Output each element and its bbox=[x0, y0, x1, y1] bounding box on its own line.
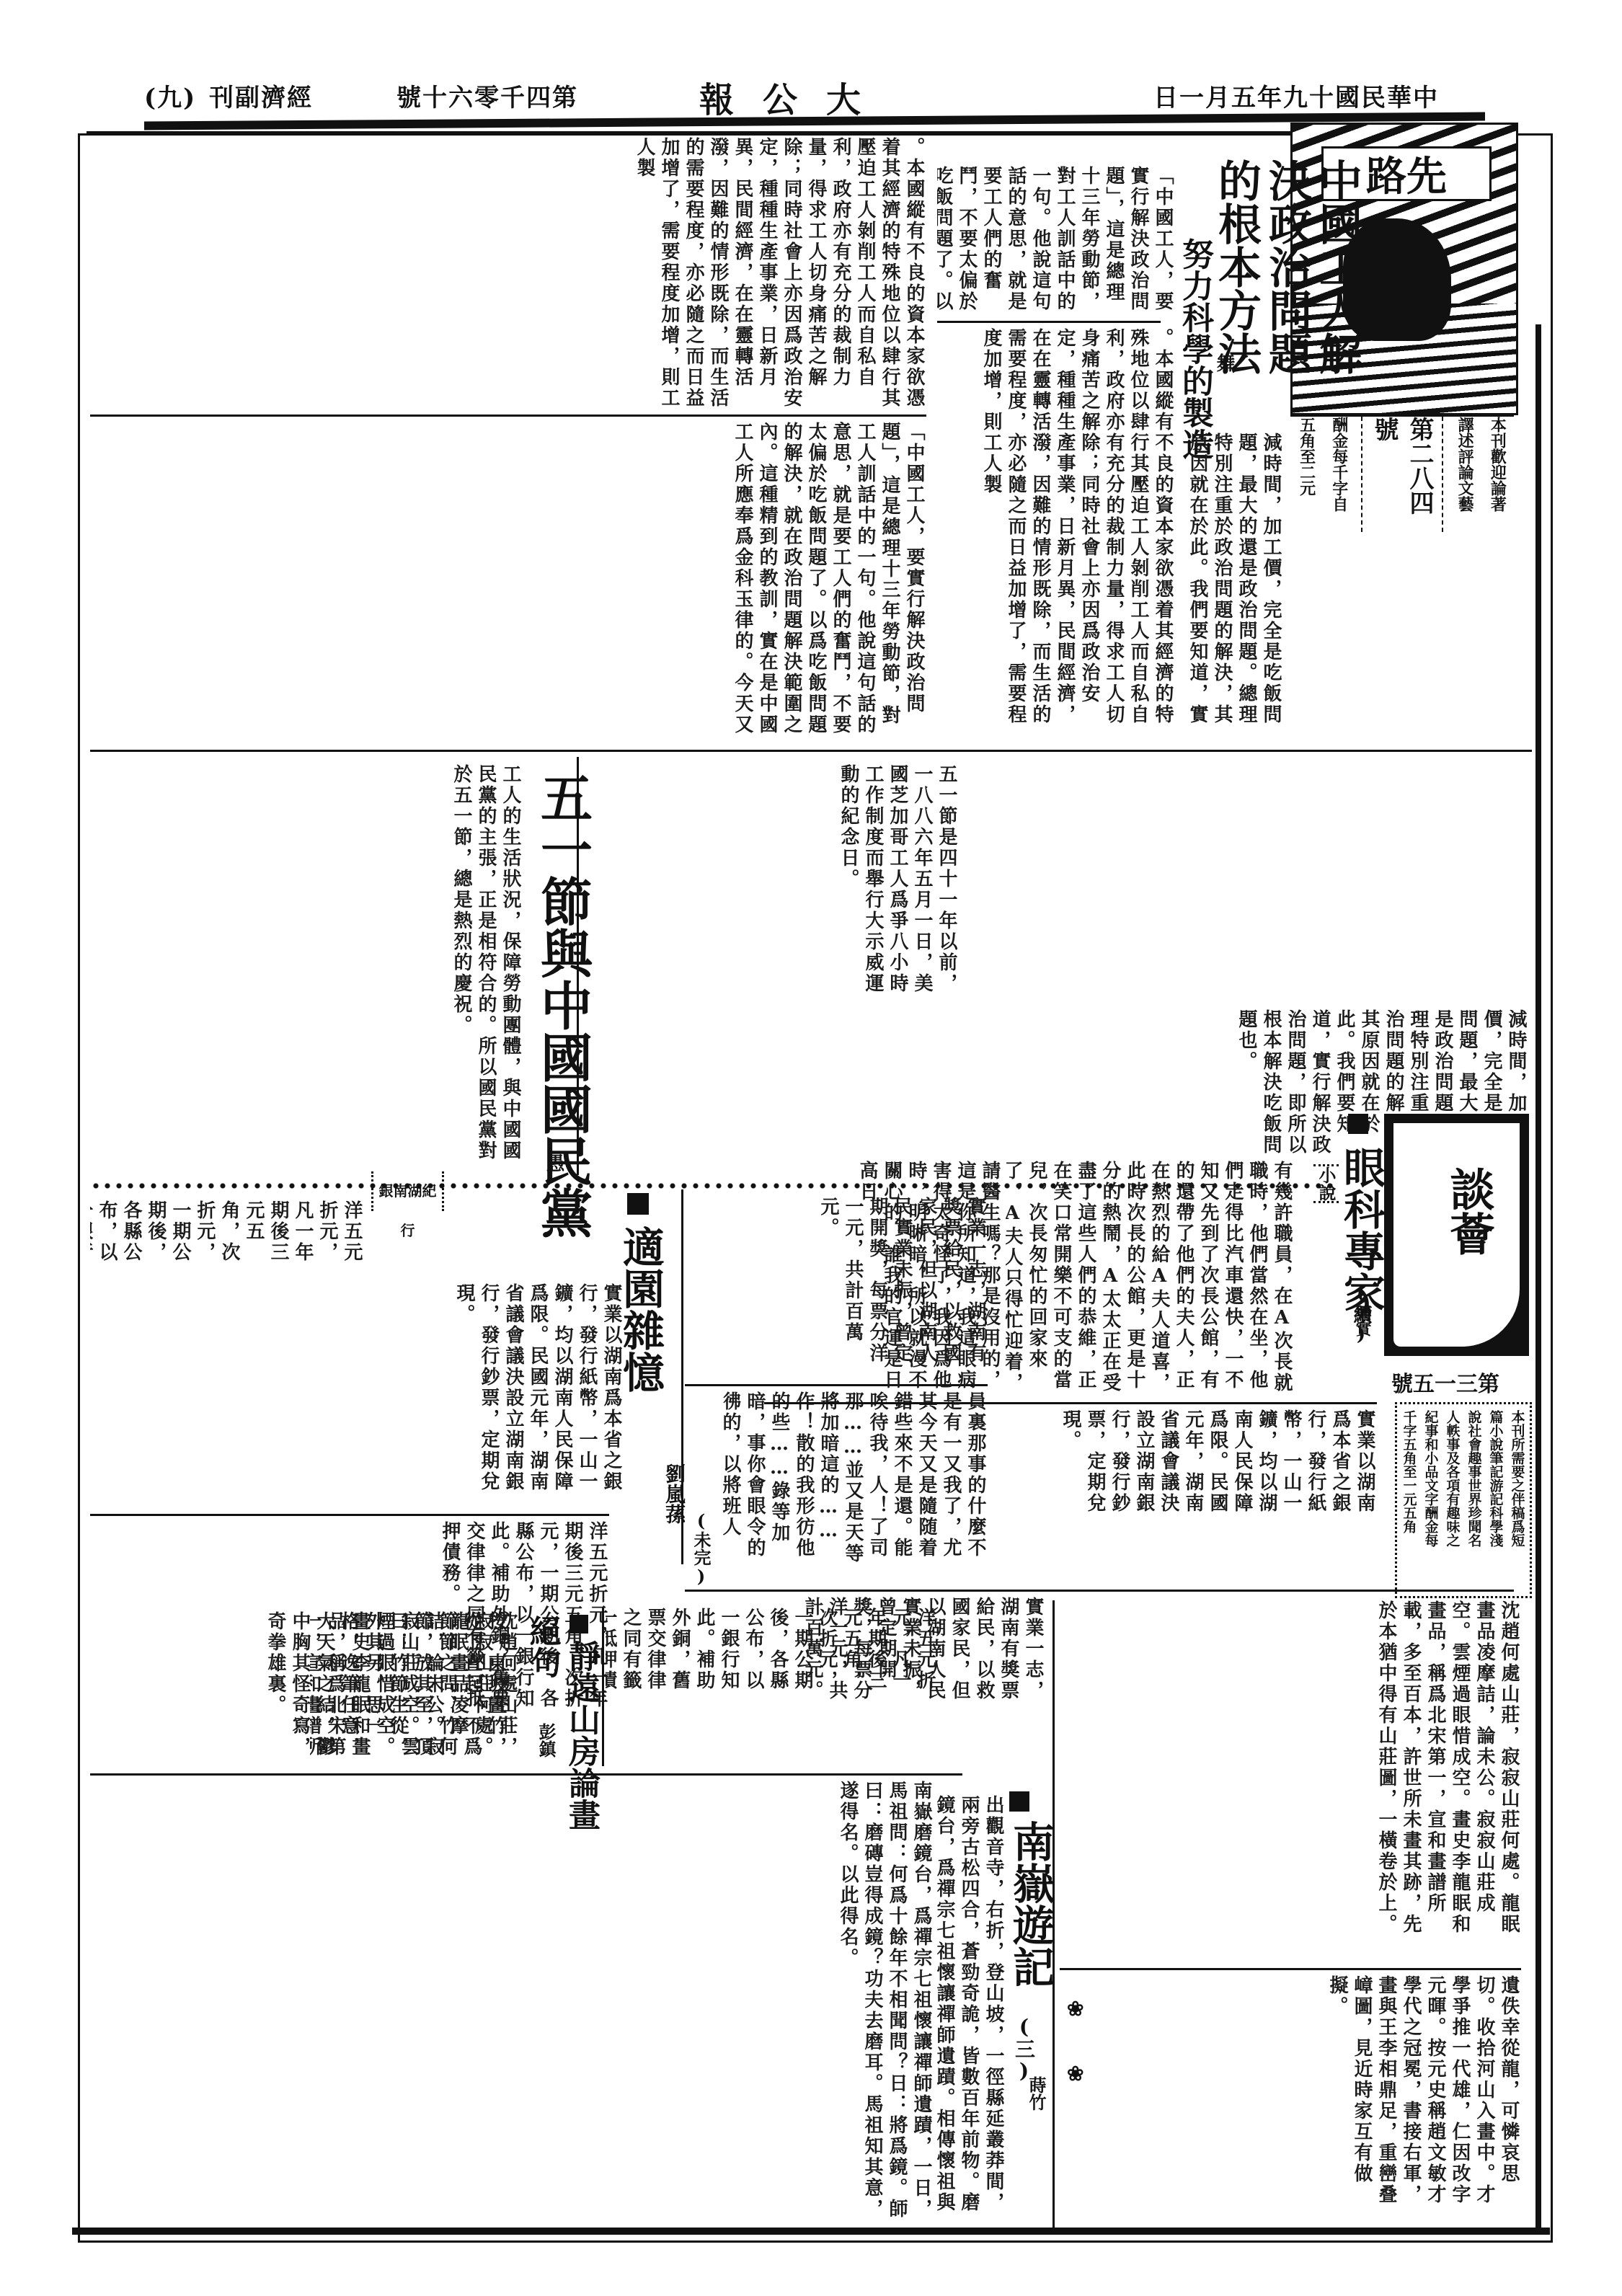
painting-right-text: 沈趙何處山莊，寂寂山莊何處。龍眠畫品凌摩詰，論未公。寂寂山莊成空。雲煙過眼惜成空… bbox=[1060, 1600, 1521, 1946]
lead-article-continuation-mid: 「中國工人，要實行解決政治問題」，這是總理十三年勞動節，對工人訓話中的一句。他說… bbox=[90, 422, 926, 746]
lead-article-continuation-top: 。本國縱有不良的資本家欲憑着其經濟的特殊地位以肆行其壓迫工人剝削工人而自私自利，… bbox=[90, 137, 926, 411]
painting-bullet-icon bbox=[570, 1615, 588, 1634]
tanhui-notice-line: 人軼事及各項有趣味之 bbox=[1443, 1410, 1463, 1590]
bank-box-title: 紀湖南銀行 bbox=[373, 1171, 442, 1251]
middle-right-divider bbox=[764, 1402, 1377, 1404]
top-left-divider bbox=[90, 415, 926, 417]
tanhui-notice-line: 說社會趣事世界珍聞名 bbox=[1465, 1410, 1484, 1590]
lead-article-intro: 「中國工人，要實行解決政治問題」，這是總理十三年勞動節，對工人訓話中的一句。他說… bbox=[937, 166, 1175, 317]
travel-divider bbox=[1052, 1600, 1055, 2228]
painting-bottom-divider bbox=[90, 1773, 962, 1776]
tanhui-illustration: 談薈 bbox=[1384, 1114, 1529, 1356]
publication-date: 中華民國十九年五月一日 bbox=[1153, 78, 1439, 113]
travel-author: 蒔竹 bbox=[1024, 2076, 1049, 2111]
bottom-rule bbox=[72, 2228, 1550, 2235]
eye-expert-author: 興實 bbox=[1352, 1305, 1374, 1337]
eye-expert-text: 有幾許職員，在A次長就職時，他們當然在坐，他們走得比汽車還快，一不知又先到了次長… bbox=[1006, 1161, 1294, 1399]
bank-article-body: 實業以湖南爲本省之銀行，發行紙幣，一山一鑛，均以湖南人民保障爲限。民國元年，湖南… bbox=[90, 1283, 624, 1499]
page-number: (九) bbox=[144, 78, 196, 113]
mayday-article-author: 愚 bbox=[541, 1153, 567, 1172]
xianlu-notice-text-2: 譯述評論文藝 bbox=[1454, 417, 1476, 532]
eye-expert-text-continued: 請醫生嗎？那是沒用的，這是你所知道，我這眼病害得太奇怪了，我因爲他時，明晰暗，所… bbox=[764, 1161, 1002, 1399]
section-name: 經濟副刊 bbox=[209, 78, 313, 113]
bank-article-intro: 洋五元折元，凡一年期後三元五角，次折元，一期公期後，各縣公布，以一銀行知此。補助… bbox=[90, 1200, 364, 1280]
paper-name: 大公報 bbox=[699, 72, 890, 122]
tanhui-notice: 本刊所需要之伴稿爲短 篇小說筆記游記科學淺 說社會趣事世界珍聞名 人軼事及各項有… bbox=[1395, 1402, 1532, 1598]
travel-bullet-icon bbox=[1009, 1791, 1029, 1812]
issue-number: 第四千零六十號 bbox=[396, 78, 578, 113]
painting-divider bbox=[602, 1608, 604, 1766]
lead-article-col2: 。本國縱有不良的資本家欲憑着其經濟的特殊地位以肆行其壓迫工人剝削工人而自私自利，… bbox=[937, 328, 1175, 732]
painting-subtitle: 絕句 bbox=[519, 1615, 565, 1678]
painting-author: 彭鎮 bbox=[533, 1723, 559, 1758]
travel-text: 南嶽磨鏡台，爲禪宗七祖懷讓禪師遺蹟，一日，馬祖問：何爲十餘年不相聞問？日：將爲鏡… bbox=[90, 1781, 934, 2220]
tanhui-notice-line: 篇小說筆記游記科學淺 bbox=[1486, 1410, 1506, 1590]
xianlu-issue-number: 第二八四號 bbox=[1361, 417, 1443, 532]
xianlu-notice: 本刊歡迎論著 譯述評論文藝 第二八四號 酬金每千字自 五角至二元 bbox=[1290, 415, 1514, 532]
fiction-tag: 小說 bbox=[1313, 1164, 1339, 1203]
lower-section-divider bbox=[685, 1590, 1514, 1592]
eye-expert-bullet-icon bbox=[1348, 1114, 1368, 1134]
xianlu-notice-line: 譯述評論文藝 bbox=[1455, 417, 1474, 512]
memoir-bullet-icon bbox=[627, 1193, 649, 1215]
lead-article-col3: 減時間，加工價，完全是吃飯問題，最大的還是政治問題。總理特別注重於政治問題的解決… bbox=[1189, 433, 1283, 735]
bank-article-continuation: 實業以湖南爲本省之銀行，發行紙幣，一山一鑛，均以湖南人民保障爲限。民國元年，湖南… bbox=[764, 1409, 1377, 1525]
mayday-divider bbox=[577, 757, 579, 1175]
tanhui-logo: 談薈 bbox=[1437, 1166, 1501, 1256]
right-border-rule bbox=[1535, 324, 1541, 2228]
bank-box: 紀湖南銀行 bbox=[371, 1171, 444, 1211]
memoir-to-be-continued: (未完) bbox=[688, 1510, 714, 1587]
painting-text-2: 沈趙何處山莊，寂寂山莊何處。龍眠畫品凌摩詰，論未公。寂寂山莊成空。雲煙過眼惜成空… bbox=[310, 1611, 519, 1766]
xianlu-notice-text: 本刊歡迎論著 bbox=[1486, 417, 1508, 532]
right-lower-divider bbox=[1060, 1968, 1521, 1970]
travel-title: 南嶽遊記 bbox=[1006, 1820, 1055, 1987]
xianlu-payment-line: 酬金每千字自 bbox=[1329, 417, 1350, 532]
travel-part: (三) bbox=[1009, 2015, 1038, 2083]
tanhui-notice-line: 千字五角至一元五角 bbox=[1400, 1410, 1419, 1590]
travel-text-3: 遺佚幸從龍，可憐哀思切。收拾河山入畫中。才學爭推一代雄，仁因改字元暉。按元史稱趙… bbox=[1060, 1975, 1521, 2220]
mayday-article-body: 工人的生活狀況，保障勞動團體，與中國國民黨的主張，正是相符合的。所以國民黨對於五… bbox=[90, 764, 523, 1175]
xianlu-notice-line: 本刊歡迎論著 bbox=[1488, 417, 1507, 512]
memoir-divider bbox=[681, 1189, 683, 1564]
floral-ornament-icon: ❀ bbox=[1067, 2062, 1083, 2086]
xianlu-payment-line-2: 五角至二元 bbox=[1296, 417, 1318, 532]
tanhui-notice-line: 本刊所需要之伴稿爲短 bbox=[1508, 1410, 1528, 1590]
lead-article-subtitle: 努力科學的製造 bbox=[1171, 238, 1218, 460]
lead-divider bbox=[937, 321, 1161, 323]
lead-article-author: 舞 bbox=[1211, 353, 1238, 372]
tanhui-notice-line: 紀事和小品文字酬金每 bbox=[1422, 1410, 1441, 1590]
masthead: (九) 經濟副刊 第四千零六十號 大公報 中華民國十九年五月一日 bbox=[144, 72, 1485, 123]
memoir-title: 適園雜憶 bbox=[616, 1225, 664, 1393]
tanhui-issue-number: 第三一五號 bbox=[1391, 1366, 1499, 1398]
memoir-author: 劉嵐蓀 bbox=[660, 1463, 688, 1524]
bank-lower-text: 洋五元折元，凡一年期後三元五角，次折元，一期公期後，各縣公布，以一銀行知此。補助… bbox=[606, 1608, 937, 1708]
bank-divider bbox=[90, 1514, 609, 1516]
mayday-article-lead: 五一節是四十一年以前，一八八六年五月一日，美國芝加哥工人爲爭八小時工作制度而舉行… bbox=[598, 764, 959, 1002]
floral-ornament-icon: ❀ bbox=[1067, 1997, 1083, 2021]
travel-text-intro: 出觀音寺，右折，登山坡，一徑縣延叢莽間，兩旁古松四合，蒼勁奇詭，皆數百年前物。磨… bbox=[937, 1795, 1006, 2220]
upper-section-divider bbox=[90, 750, 1532, 752]
